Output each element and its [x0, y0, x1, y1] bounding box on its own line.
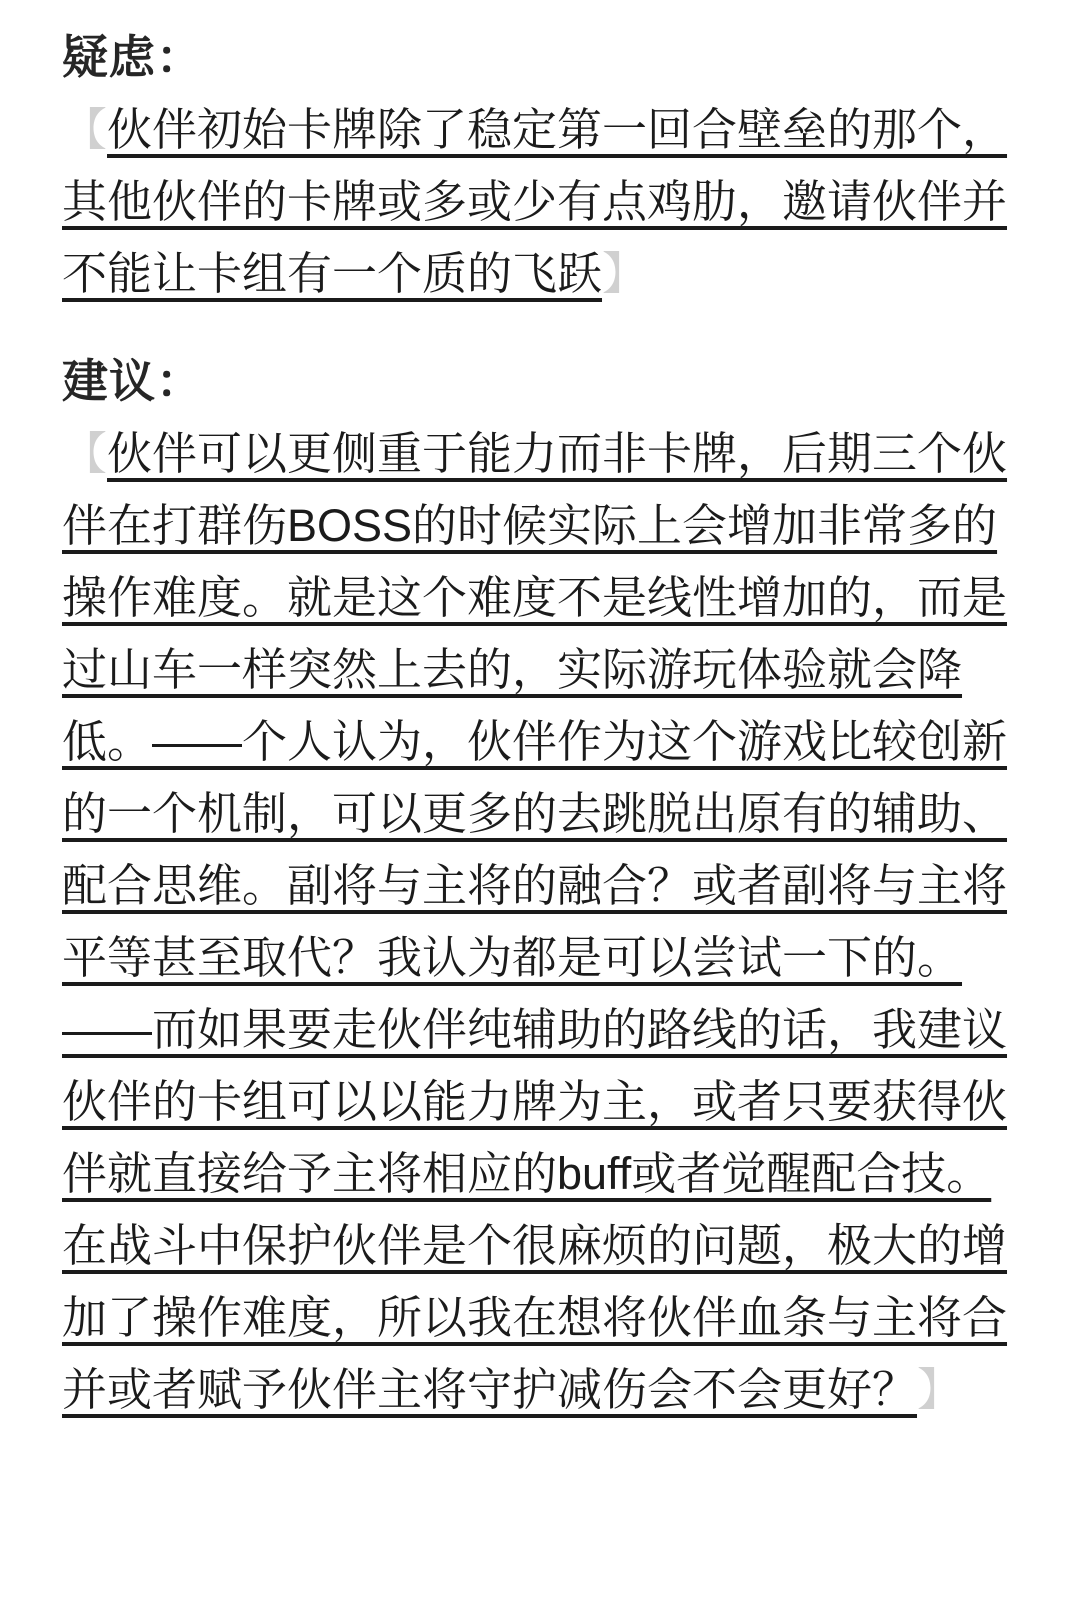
feedback-document: 疑虑： 【伙伴初始卡牌除了稳定第一回合壁垒的那个，其他伙伴的卡牌或多或少有点鸡肋… [0, 0, 1080, 1426]
opening-bracket: 【 [62, 104, 107, 155]
suggestions-heading: 建议： [62, 350, 1022, 412]
opening-bracket: 【 [62, 428, 107, 479]
closing-bracket: 】 [917, 1364, 962, 1415]
closing-bracket: 】 [602, 248, 647, 299]
section-concerns: 疑虑： 【伙伴初始卡牌除了稳定第一回合壁垒的那个，其他伙伴的卡牌或多或少有点鸡肋… [62, 26, 1022, 310]
section-suggestions: 建议： 【伙伴可以更侧重于能力而非卡牌，后期三个伙伴在打群伤BOSS的时候实际上… [62, 350, 1022, 1426]
suggestions-body: 【伙伴可以更侧重于能力而非卡牌，后期三个伙伴在打群伤BOSS的时候实际上会增加非… [62, 418, 1022, 1426]
concerns-heading: 疑虑： [62, 26, 1022, 88]
suggestions-text: 伙伴可以更侧重于能力而非卡牌，后期三个伙伴在打群伤BOSS的时候实际上会增加非常… [62, 428, 1007, 1415]
concerns-body: 【伙伴初始卡牌除了稳定第一回合壁垒的那个，其他伙伴的卡牌或多或少有点鸡肋，邀请伙… [62, 94, 1022, 310]
concerns-text: 伙伴初始卡牌除了稳定第一回合壁垒的那个，其他伙伴的卡牌或多或少有点鸡肋，邀请伙伴… [62, 104, 1007, 299]
